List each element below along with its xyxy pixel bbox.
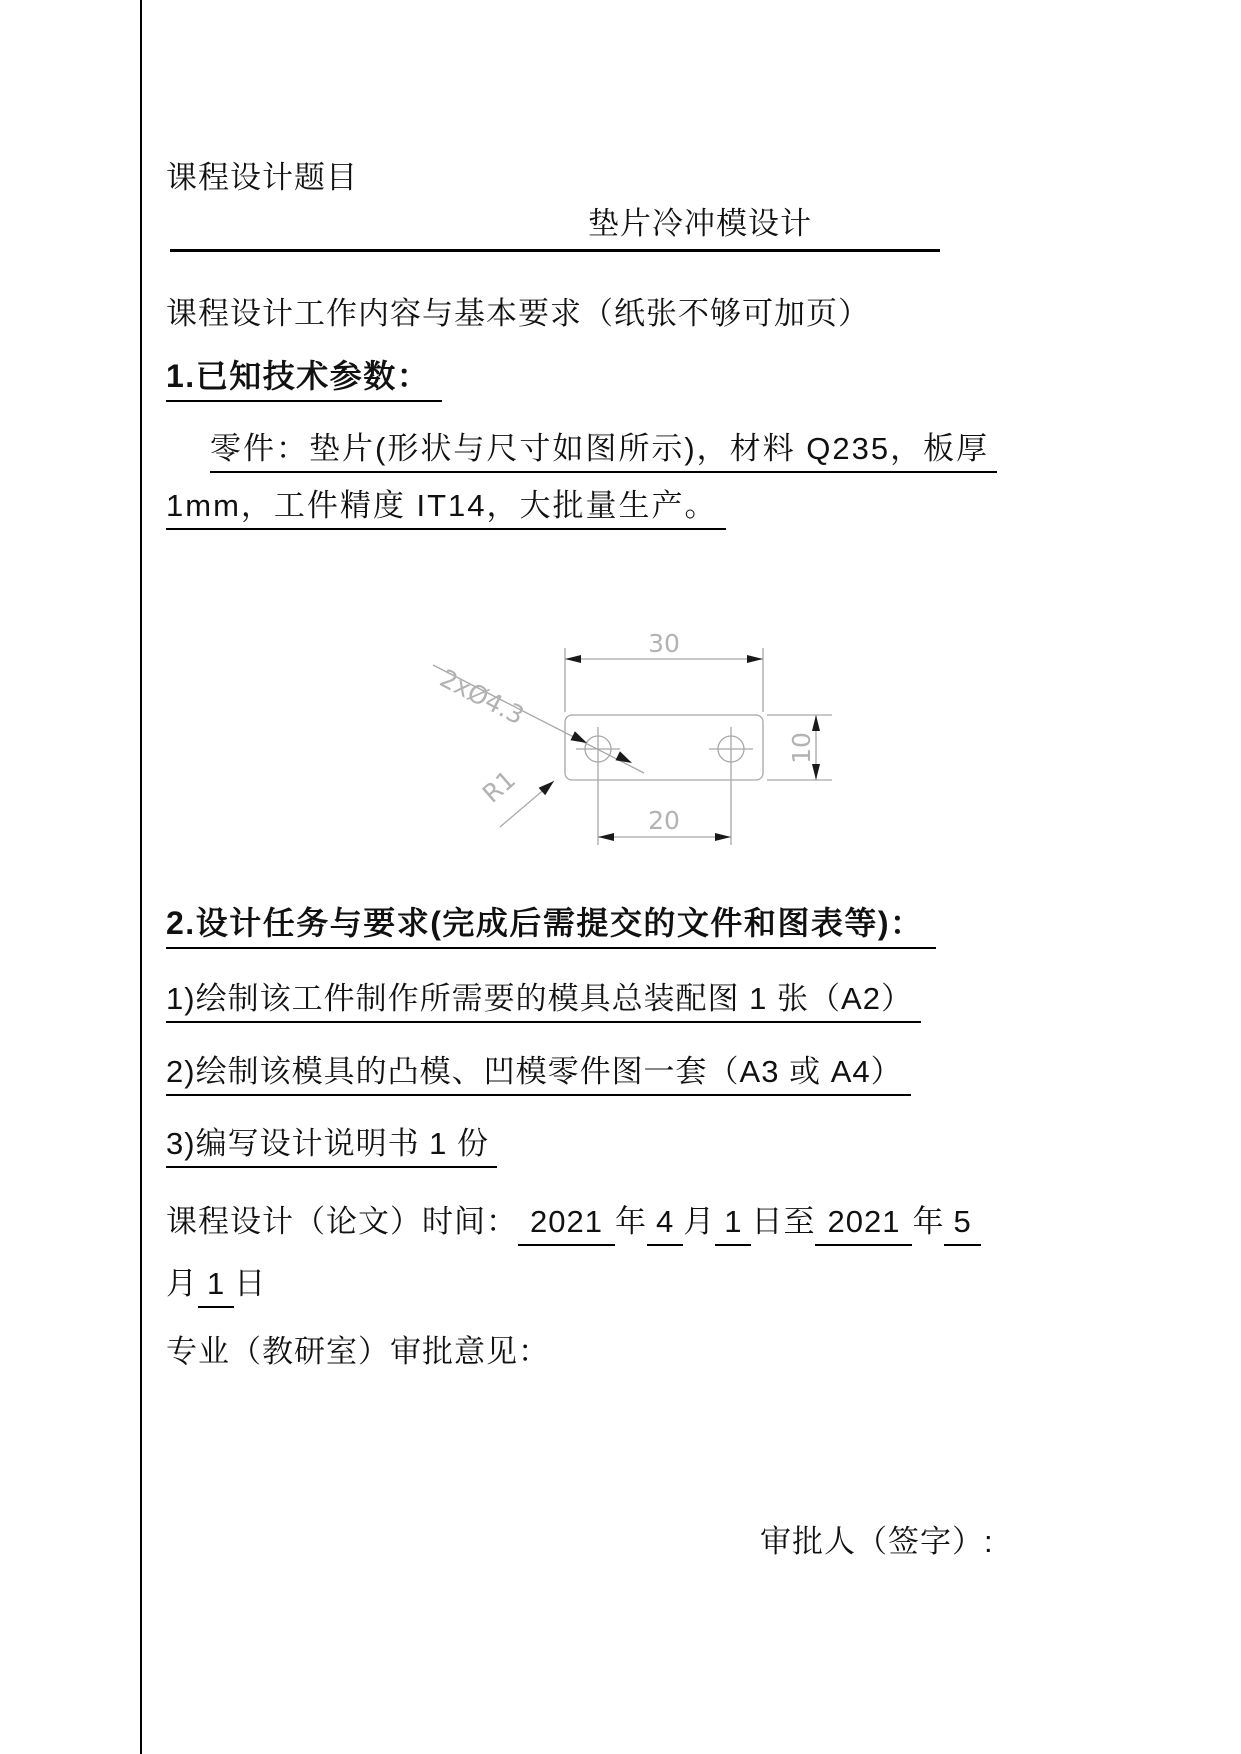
to-label: 日至	[751, 1204, 815, 1239]
dim-30-arrow-left	[565, 655, 581, 663]
section1-heading: 1.已知技术参数：	[166, 351, 442, 397]
end-day-field[interactable]: 1	[198, 1266, 234, 1308]
month-label-1: 月	[683, 1204, 715, 1239]
gasket-part-drawing: 30 20 10 2xØ4.3 R1	[408, 552, 848, 852]
dim-30-arrow-right	[747, 655, 763, 663]
end-year-field[interactable]: 2021	[815, 1204, 912, 1246]
dim-20-arrow-right	[715, 833, 731, 841]
design-time-line-2: 月1日	[166, 1258, 266, 1308]
day-label-2: 日	[234, 1266, 266, 1301]
task-item-3: 3)编写设计说明书 1 份	[166, 1118, 497, 1163]
corner-radius-label: R1	[477, 765, 521, 809]
param-line-1: 零件：垫片(形状与尺寸如图所示)，材料 Q235，板厚	[210, 423, 997, 468]
param-line-2: 1mm，工件精度 IT14，大批量生产。	[166, 480, 726, 525]
task-item-1-text: 1)绘制该工件制作所需要的模具总装配图 1 张（A2）	[166, 981, 921, 1023]
title-underline-field: 垫片冷冲模设计	[170, 198, 940, 252]
time-prefix-label: 课程设计（论文）时间：	[166, 1204, 518, 1239]
end-month-field[interactable]: 5	[944, 1204, 980, 1246]
document-page: 课程设计题目 垫片冷冲模设计 课程设计工作内容与基本要求（纸张不够可加页） 1.…	[0, 0, 1241, 1754]
radius-arrow	[539, 781, 554, 795]
start-day-field[interactable]: 1	[715, 1204, 751, 1246]
year-label-2: 年	[912, 1204, 944, 1239]
approver-signature-label: 审批人（签字）:	[760, 1516, 994, 1561]
task-item-2-text: 2)绘制该模具的凸模、凹模零件图一套（A3 或 A4）	[166, 1054, 911, 1096]
department-approval-label: 专业（教研室）审批意见：	[166, 1326, 550, 1371]
dim-10-arrow-top	[812, 715, 820, 731]
section1-heading-text: 1.已知技术参数：	[166, 358, 442, 402]
dim-30-label: 30	[648, 629, 680, 658]
section2-heading: 2.设计任务与要求(完成后需提交的文件和图表等)：	[166, 898, 936, 944]
dim-20-arrow-left	[598, 833, 614, 841]
table-cell-left-border	[140, 0, 142, 1754]
month-label-2: 月	[166, 1266, 198, 1301]
course-design-title-value[interactable]: 垫片冷冲模设计	[588, 206, 812, 241]
hole-callout-arrow-2	[616, 751, 633, 763]
start-month-field[interactable]: 4	[647, 1204, 683, 1246]
param-line-1-text: 零件：垫片(形状与尺寸如图所示)，材料 Q235，板厚	[210, 431, 997, 473]
task-item-3-text: 3)编写设计说明书 1 份	[166, 1126, 497, 1168]
year-label-1: 年	[615, 1204, 647, 1239]
start-year-field[interactable]: 2021	[518, 1204, 615, 1246]
section2-heading-text: 2.设计任务与要求(完成后需提交的文件和图表等)：	[166, 905, 936, 949]
param-line-2-text: 1mm，工件精度 IT14，大批量生产。	[166, 488, 726, 530]
task-item-2: 2)绘制该模具的凸模、凹模零件图一套（A3 或 A4）	[166, 1046, 911, 1091]
hole-callout-arrow-1	[571, 731, 588, 743]
design-time-line-1: 课程设计（论文）时间：2021年4月1日至2021年5	[166, 1196, 981, 1246]
dim-10-label: 10	[787, 732, 816, 764]
hole-callout-label: 2xØ4.3	[435, 664, 528, 731]
dim-10-arrow-bottom	[812, 764, 820, 780]
course-design-title-label: 课程设计题目	[166, 152, 358, 197]
work-content-intro: 课程设计工作内容与基本要求（纸张不够可加页）	[166, 288, 870, 333]
dim-20-label: 20	[648, 806, 680, 835]
task-item-1: 1)绘制该工件制作所需要的模具总装配图 1 张（A2）	[166, 973, 921, 1018]
